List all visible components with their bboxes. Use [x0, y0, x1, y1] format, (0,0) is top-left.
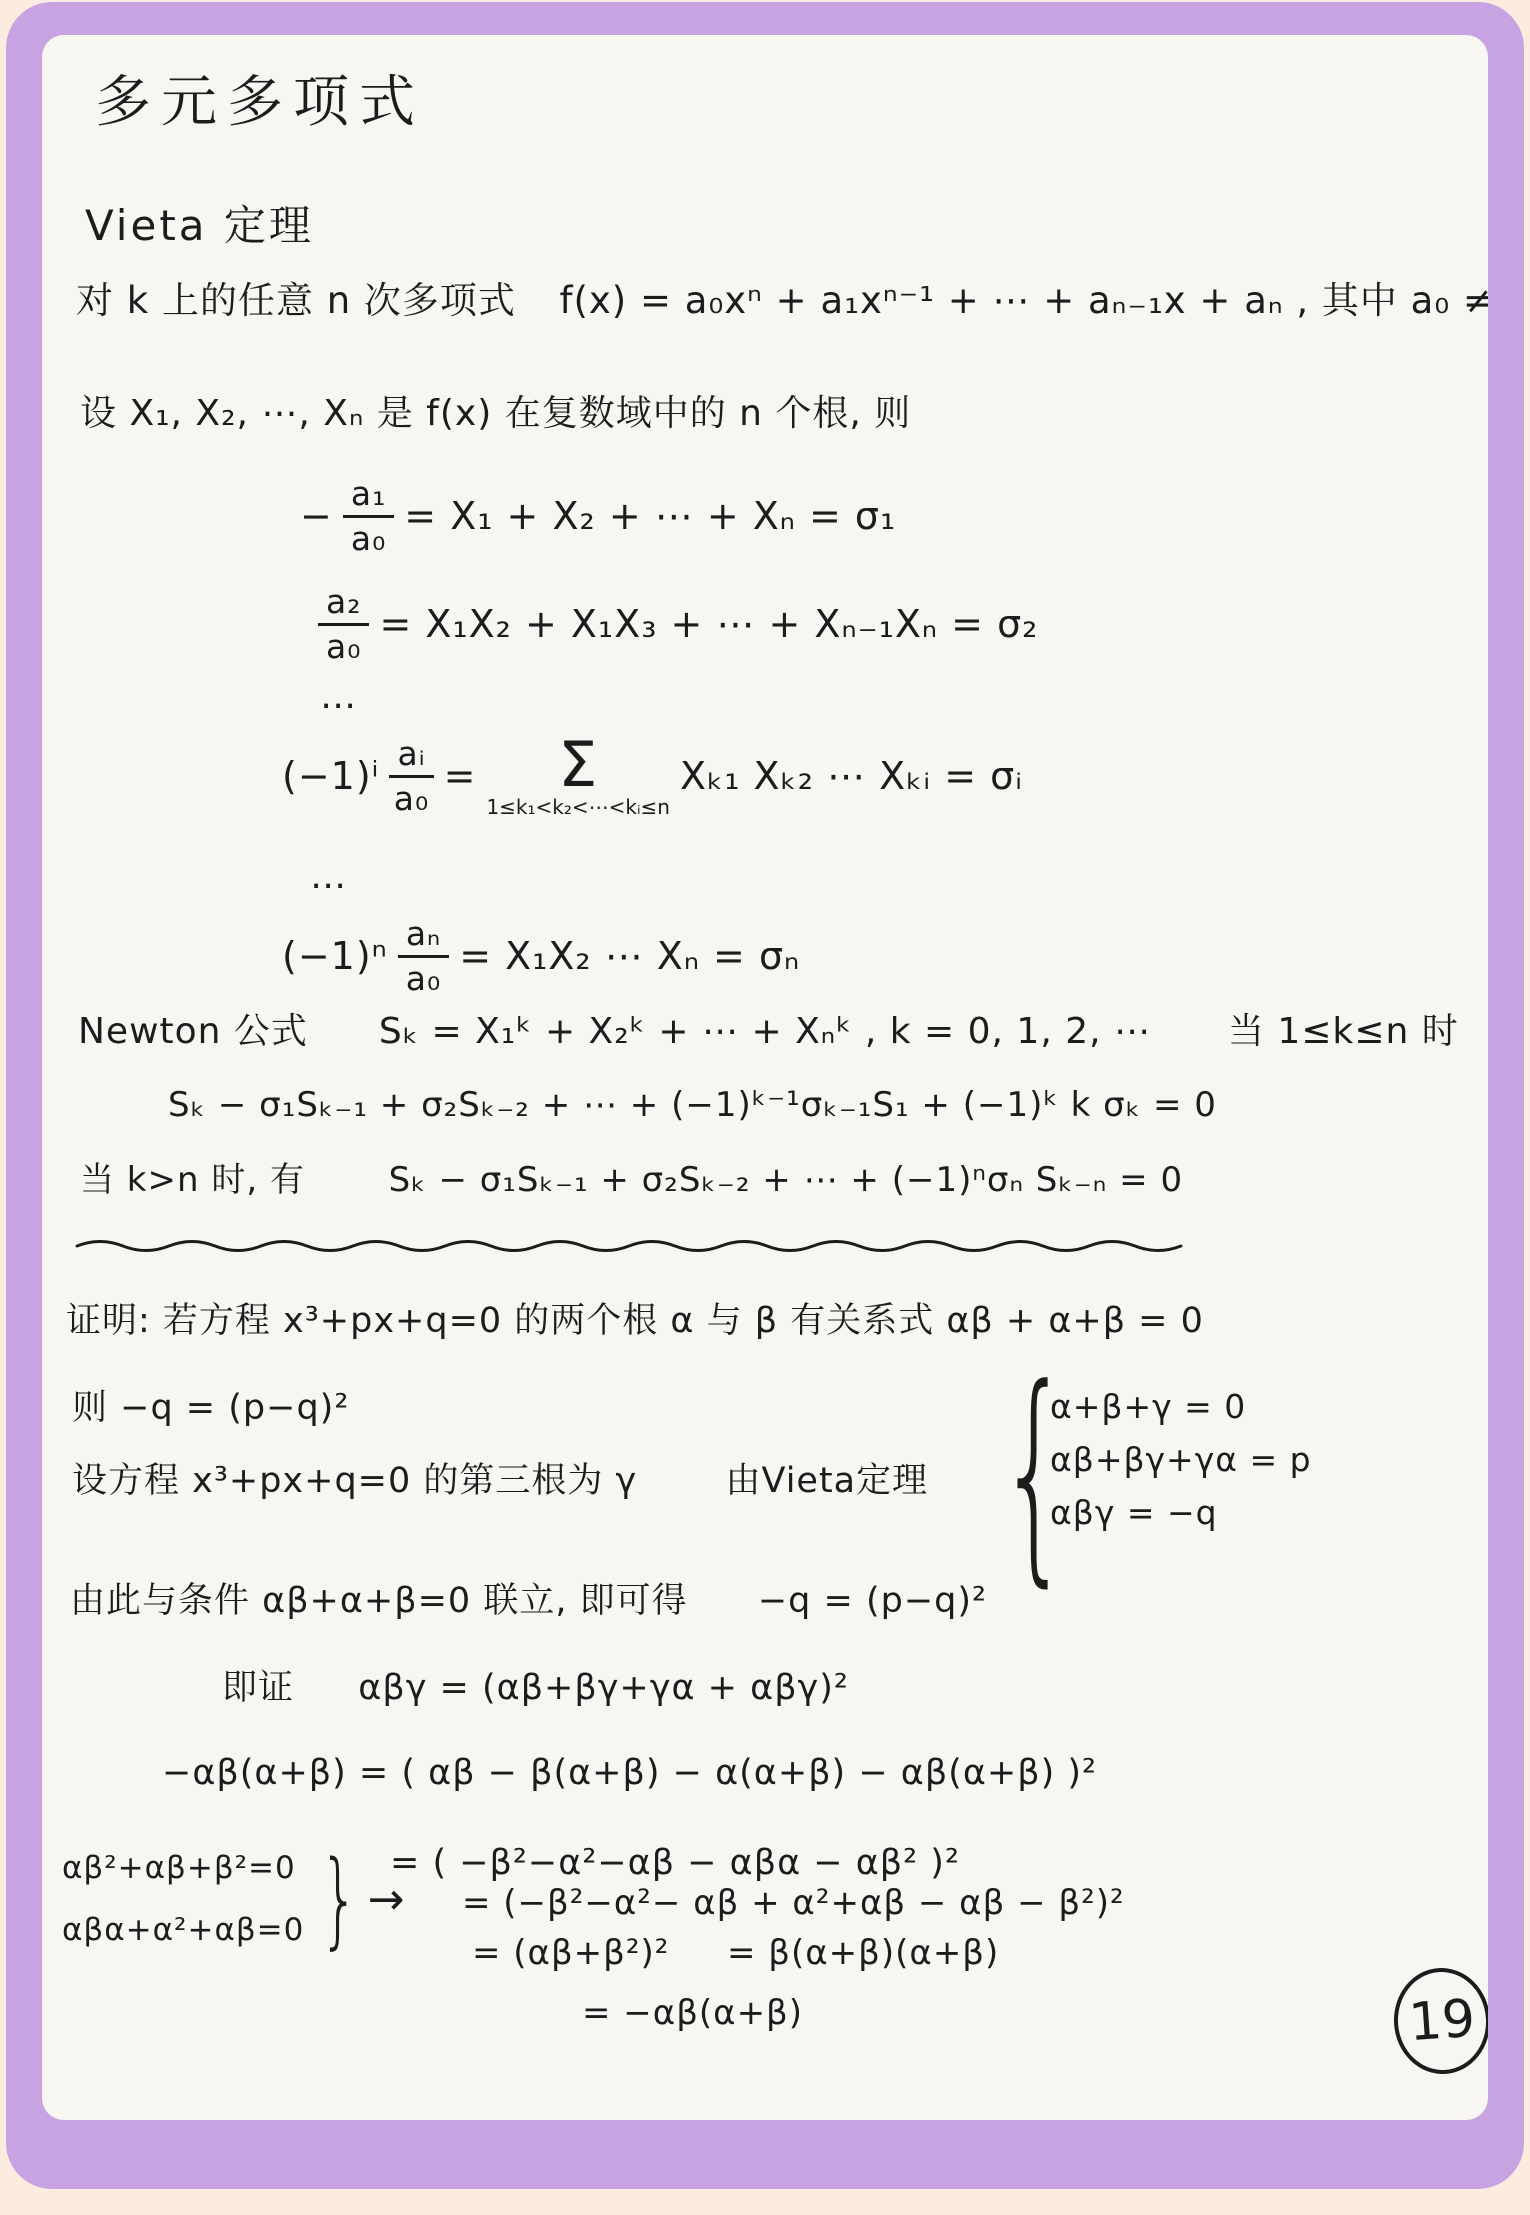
system-eq-1: α+β+γ = 0: [1050, 1387, 1312, 1426]
eq2-rhs: = X₁X₂ + X₁X₃ + ⋯ + Xₙ₋₁Xₙ = σ₂: [379, 602, 1038, 646]
page-number-badge: 19: [1390, 1965, 1488, 2077]
proof-line-3-pre: 设方程 x³+px+q=0 的第三根为 γ: [72, 1461, 637, 1501]
notebook-page: 多元多项式 Vieta 定理 对 k 上的任意 n 次多项式 f(x) = a₀…: [42, 35, 1488, 2120]
proof-line-9-left: = (αβ+β²)²: [472, 1933, 669, 1973]
proof-line-9: = (αβ+β²)² = β(α+β)(α+β): [472, 1933, 999, 1973]
sigma-sum-icon: Σ: [558, 736, 598, 795]
eq2-numerator: a₂: [318, 583, 369, 626]
proof-line-5: 即证 αβγ = (αβ+βγ+γα + αβγ)²: [222, 1660, 849, 1710]
proof-line-4-result: −q = (p−q)²: [758, 1581, 987, 1621]
page-number: 19: [1407, 1989, 1477, 2053]
summation-limits: 1≤k₁<k₂<⋯<kᵢ≤n: [486, 797, 670, 817]
proof-line-8: = (−β²−α²− αβ + α²+αβ − αβ − β²)²: [462, 1883, 1125, 1923]
newton-identity-1: Sₖ − σ₁Sₖ₋₁ + σ₂Sₖ₋₂ + ⋯ + (−1)ᵏ⁻¹σₖ₋₁S₁…: [168, 1085, 1217, 1125]
eq4-numerator: aₙ: [398, 915, 449, 958]
ellipsis-1: ⋯: [320, 685, 357, 726]
margin-brace: }: [320, 1847, 360, 1951]
eq3-rhs: Xₖ₁ Xₖ₂ ⋯ Xₖᵢ = σᵢ: [680, 754, 1023, 798]
vieta-heading: Vieta 定理: [85, 193, 314, 253]
eq4-fraction: aₙ a₀: [398, 915, 449, 998]
eq4-denominator: a₀: [406, 958, 441, 998]
newton-identity-2: Sₖ − σ₁Sₖ₋₁ + σ₂Sₖ₋₂ + ⋯ + (−1)ⁿσₙ Sₖ₋ₙ …: [389, 1160, 1184, 1200]
proof-line-4-text: 由此与条件 αβ+α+β=0 联立, 即可得: [70, 1581, 688, 1621]
eq4-rhs: = X₁X₂ ⋯ Xₙ = σₙ: [459, 934, 800, 978]
system-brace: {: [998, 1359, 1072, 1589]
margin-conditions: αβ²+αβ+β²=0 αβα+α²+αβ=0 } →: [62, 1847, 405, 1951]
proof-line-5-math: αβγ = (αβ+βγ+γα + αβγ)²: [358, 1668, 849, 1708]
eq4-sign: (−1)ⁿ: [282, 934, 388, 978]
vieta-eq-general: (−1)ⁱ aᵢ a₀ = Σ 1≤k₁<k₂<⋯<kᵢ≤n Xₖ₁ Xₖ₂ ⋯…: [282, 735, 1023, 818]
vieta-eq-last: (−1)ⁿ aₙ a₀ = X₁X₂ ⋯ Xₙ = σₙ: [282, 915, 800, 998]
vieta-intro-tail: , 其中 a₀ ≠ 0: [1296, 279, 1488, 322]
margin-condition-1: αβ²+αβ+β²=0: [62, 1850, 304, 1886]
vieta-eq1: − a₁ a₀ = X₁ + X₂ + ⋯ + Xₙ = σ₁: [300, 475, 896, 558]
proof-line-2: 则 −q = (p−q)²: [72, 1380, 349, 1430]
system-eq-2: αβ+βγ+γα = p: [1050, 1440, 1312, 1479]
vieta-system: { α+β+γ = 0 αβ+βγ+γα = p αβγ = −q: [1050, 1387, 1312, 1532]
eq2-denominator: a₀: [326, 626, 361, 666]
page-title: 多元多项式: [95, 58, 425, 138]
eq3-sign: (−1)ⁱ: [282, 754, 379, 798]
wavy-divider: [75, 1235, 1185, 1255]
eq1-fraction: a₁ a₀: [343, 475, 394, 558]
newton-line: Newton 公式 Sₖ = X₁ᵏ + X₂ᵏ + ⋯ + Xₙᵏ , k =…: [78, 1003, 1459, 1054]
eq2-fraction: a₂ a₀: [318, 583, 369, 666]
eq1-numerator: a₁: [343, 475, 394, 518]
proof-line-7: = ( −β²−α²−αβ − αβα − αβ² )²: [390, 1843, 960, 1883]
summation: Σ 1≤k₁<k₂<⋯<kᵢ≤n: [486, 736, 670, 817]
vieta-intro-text: 对 k 上的任意 n 次多项式: [76, 279, 516, 322]
eq1-denominator: a₀: [351, 518, 386, 558]
eq1-rhs: = X₁ + X₂ + ⋯ + Xₙ = σ₁: [404, 494, 896, 538]
vieta-intro-math: f(x) = a₀xⁿ + a₁xⁿ⁻¹ + ⋯ + aₙ₋₁x + aₙ: [559, 279, 1283, 322]
proof-line-10: = −αβ(α+β): [582, 1993, 803, 2033]
newton-identity-2-line: 当 k>n 时, 有 Sₖ − σ₁Sₖ₋₁ + σ₂Sₖ₋₂ + ⋯ + (−…: [80, 1152, 1183, 1201]
eq1-sign: −: [300, 494, 333, 538]
eq3-denominator: a₀: [394, 778, 429, 818]
system-eq-3: αβγ = −q: [1050, 1493, 1312, 1532]
proof-line-5-label: 即证: [222, 1668, 294, 1708]
margin-condition-2: αβα+α²+αβ=0: [62, 1912, 304, 1948]
proof-line-4: 由此与条件 αβ+α+β=0 联立, 即可得 −q = (p−q)²: [70, 1573, 987, 1623]
proof-line-1: 证明: 若方程 x³+px+q=0 的两个根 α 与 β 有关系式 αβ + α…: [66, 1293, 1204, 1343]
eq3-fraction: aᵢ a₀: [389, 735, 433, 818]
newton-cond1: 当 1≤k≤n 时: [1228, 1011, 1459, 1052]
proof-line-3: 设方程 x³+px+q=0 的第三根为 γ 由Vieta定理: [72, 1453, 928, 1503]
arrow-icon: →: [368, 1874, 406, 1925]
ellipsis-2: ⋯: [310, 865, 347, 906]
newton-def: Sₖ = X₁ᵏ + X₂ᵏ + ⋯ + Xₙᵏ , k = 0, 1, 2, …: [379, 1011, 1151, 1052]
proof-line-6: −αβ(α+β) = ( αβ − β(α+β) − α(α+β) − αβ(α…: [162, 1753, 1097, 1793]
eq3-numerator: aᵢ: [389, 735, 433, 778]
vieta-eq2: a₂ a₀ = X₁X₂ + X₁X₃ + ⋯ + Xₙ₋₁Xₙ = σ₂: [318, 583, 1038, 666]
vieta-roots-line: 设 X₁, X₂, ⋯, Xₙ 是 f(x) 在复数域中的 n 个根, 则: [80, 385, 911, 436]
proof-line-9-right: = β(α+β)(α+β): [727, 1933, 999, 1973]
vieta-intro: 对 k 上的任意 n 次多项式 f(x) = a₀xⁿ + a₁xⁿ⁻¹ + ⋯…: [76, 270, 1488, 324]
newton-cond2: 当 k>n 时, 有: [80, 1160, 305, 1200]
eq3-equals: =: [444, 754, 477, 798]
newton-heading: Newton 公式: [78, 1011, 308, 1052]
proof-line-3-mid: 由Vieta定理: [726, 1461, 929, 1501]
